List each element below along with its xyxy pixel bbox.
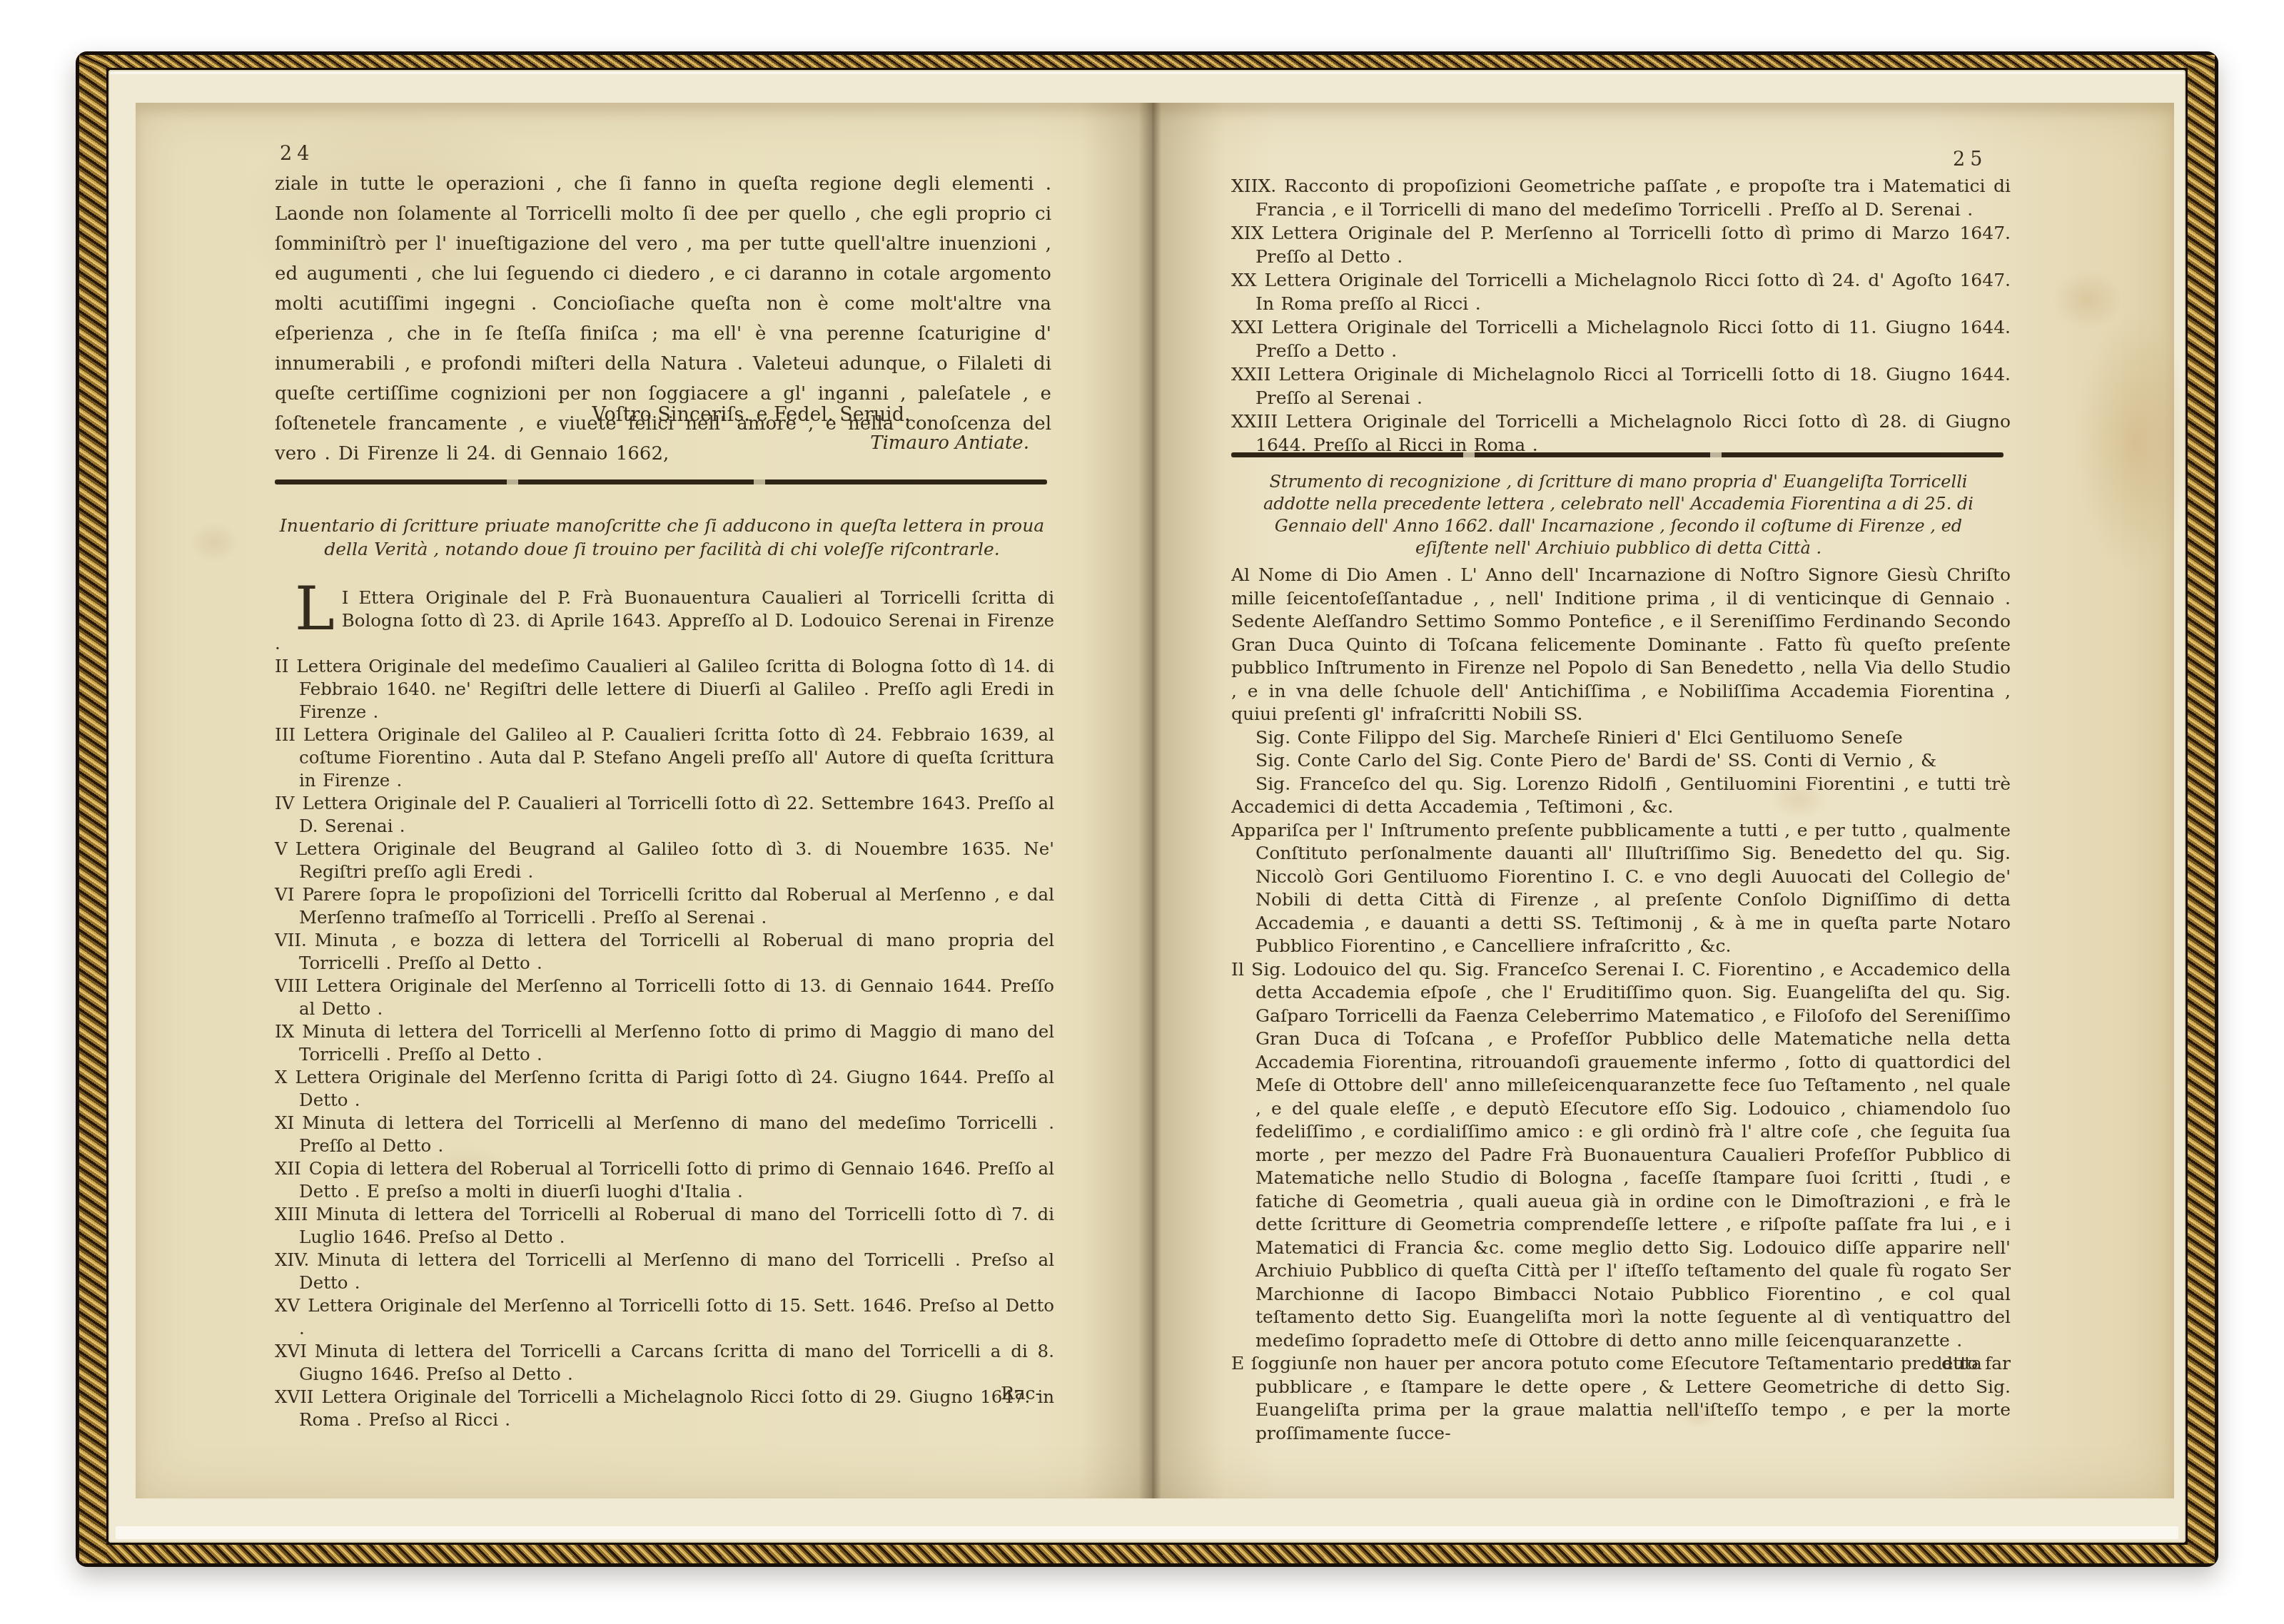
item-numeral: XX xyxy=(1231,270,1265,290)
drop-cap: L xyxy=(295,589,335,631)
item-numeral: XIV. xyxy=(275,1249,317,1270)
item-text: Minuta , e bozza di lettera del Torricel… xyxy=(299,930,1054,973)
item-text: Parere ſopra le propoſizioni del Torrice… xyxy=(299,884,1054,928)
list-item: VIParere ſopra le propoſizioni del Torri… xyxy=(275,883,1054,929)
item-numeral: XIII xyxy=(275,1204,315,1224)
list-item: IIILettera Originale del Galileo al P. C… xyxy=(275,724,1054,792)
item-text: Lettera Originale del Merſenno ſcritta d… xyxy=(295,1067,1054,1110)
list-item: IILettera Originale del medeſimo Caualie… xyxy=(275,655,1054,724)
list-item: VLettera Originale del Beugrand al Galil… xyxy=(275,838,1054,883)
item-numeral: XVI xyxy=(275,1341,315,1361)
list-item: XVIMinuta di lettera del Torricelli a Ca… xyxy=(275,1340,1054,1386)
inventory-heading: Inuentario di ſcritture priuate manoſcri… xyxy=(278,514,1046,561)
list-item: XIIIMinuta di lettera del Torricelli al … xyxy=(275,1203,1054,1249)
item-numeral: VIII xyxy=(275,975,316,996)
item-text: Lettera Originale del Beugrand al Galile… xyxy=(295,838,1054,882)
item-numeral: IX xyxy=(275,1021,302,1042)
witness-line: Sig. Franceſco del qu. Sig. Lorenzo Rido… xyxy=(1231,773,2011,819)
item-numeral: XXIII xyxy=(1231,411,1285,432)
item-numeral: VII. xyxy=(275,930,315,950)
item-text: Minuta di lettera del Torricelli al Robe… xyxy=(299,1204,1054,1247)
item-numeral: VI xyxy=(275,884,302,905)
list-item: XIICopia di lettera del Roberual al Torr… xyxy=(275,1157,1054,1203)
catchword-right: duta xyxy=(1231,1353,2003,1374)
item-text: Lettera Originale del Merſenno al Torric… xyxy=(299,975,1054,1019)
item-text: Lettera Originale del P. Caualieri al To… xyxy=(299,793,1054,836)
list-item: XIV.Minuta di lettera del Torricelli al … xyxy=(275,1249,1054,1294)
gutter-shadow xyxy=(1081,103,1224,1498)
item-numeral: IV xyxy=(275,793,302,813)
list-item: XIIX.Racconto di propoſizioni Geometrich… xyxy=(1231,174,2011,221)
item-text: Copia di lettera del Roberual al Torrice… xyxy=(299,1158,1054,1202)
item-numeral: XXI xyxy=(1231,317,1271,338)
item-text: Lettera Originale del Torricelli a Miche… xyxy=(1255,317,2011,361)
strumento-heading: Strumento di recognizione , di ſcritture… xyxy=(1245,471,1991,559)
list-item: IXMinuta di lettera del Torricelli al Me… xyxy=(275,1020,1054,1066)
item-numeral: XIIX. xyxy=(1231,176,1284,196)
list-item: VIIILettera Originale del Merſenno al To… xyxy=(275,975,1054,1020)
item-text: Lettera Originale del Torricelli a Miche… xyxy=(1255,270,2011,314)
list-item: XXIIILettera Originale del Torricelli a … xyxy=(1231,410,2011,457)
signature: Timauro Antiate. xyxy=(275,432,1049,454)
list-item: XXILettera Originale del Torricelli a Mi… xyxy=(1231,315,2011,362)
catchword-left: Rac- xyxy=(275,1383,1047,1404)
list-item: XXLettera Originale del Torricelli a Mic… xyxy=(1231,268,2011,315)
item-text: Lettera Originale del Torricelli a Miche… xyxy=(1255,411,2011,455)
paragraph-il-sig-lodouico: Il Sig. Lodouico del qu. Sig. Franceſco … xyxy=(1231,958,2011,1353)
book-scan: 24 ziale in tutte le operazioni , che ſi… xyxy=(0,0,2284,1624)
paragraph-al-nome: Al Nome di Dio Amen . L' Anno dell' Inca… xyxy=(1231,564,2011,726)
list-item: ILEttera Originale del P. Frà Buonauentu… xyxy=(275,587,1054,655)
item-text: Lettera Originale del Merſenno al Torric… xyxy=(299,1295,1054,1339)
paragraph-apparisca: Appariſca per l' Inſtrumento preſente pu… xyxy=(1231,819,2011,958)
endpaper-strip xyxy=(116,1526,2178,1539)
item-numeral: XII xyxy=(275,1158,309,1179)
section-rule-left xyxy=(275,479,1047,484)
item-text: Minuta di lettera del Torricelli al Merſ… xyxy=(299,1249,1054,1293)
list-item: XLettera Originale del Merſenno ſcritta … xyxy=(275,1066,1054,1112)
item-text: Lettera Originale del P. Merſenno al Tor… xyxy=(1255,223,2011,267)
list-item: XXIILettera Originale di Michelagnolo Ri… xyxy=(1231,362,2011,410)
item-numeral: XV xyxy=(275,1295,308,1316)
item-numeral: III xyxy=(275,724,303,745)
item-text: Lettera Originale del Galileo al P. Caua… xyxy=(299,724,1054,791)
closing-line: Voſtro Sinceriſs. e Fedel. Seruid. xyxy=(275,404,1049,426)
item-text: Minuta di lettera del Torricelli al Merſ… xyxy=(299,1112,1054,1156)
item-numeral: I xyxy=(342,587,359,608)
section-rule-right xyxy=(1231,452,2003,457)
item-text: Minuta di lettera del Torricelli al Merſ… xyxy=(299,1021,1054,1065)
item-numeral: XXII xyxy=(1231,364,1278,385)
item-numeral: II xyxy=(275,656,296,676)
list-item: XVLettera Originale del Merſenno al Torr… xyxy=(275,1294,1054,1340)
item-numeral: XI xyxy=(275,1112,302,1133)
item-text: Minuta di lettera del Torricelli a Carca… xyxy=(299,1341,1054,1384)
item-numeral: V xyxy=(275,838,295,859)
list-item: XIXLettera Originale del P. Merſenno al … xyxy=(1231,221,2011,268)
inventory-list: ILEttera Originale del P. Frà Buonauentu… xyxy=(275,587,1054,1431)
item-text: Lettera Originale del medeſimo Caualieri… xyxy=(296,656,1054,722)
page-number-left: 24 xyxy=(280,143,314,165)
item-numeral: XIX xyxy=(1231,223,1271,243)
item-numeral: X xyxy=(275,1067,295,1087)
list-item: VII.Minuta , e bozza di lettera del Torr… xyxy=(275,929,1054,975)
item-text: Lettera Originale di Michelagnolo Ricci … xyxy=(1255,364,2011,408)
item-text: Racconto di propoſizioni Geometriche paſ… xyxy=(1255,176,2011,220)
witness-line: Sig. Conte Filippo del Sig. Marcheſe Rin… xyxy=(1231,726,2011,750)
notarial-text: Al Nome di Dio Amen . L' Anno dell' Inca… xyxy=(1231,564,2011,1445)
witness-line: Sig. Conte Carlo del Sig. Conte Piero de… xyxy=(1231,749,2011,773)
list-item: XIMinuta di lettera del Torricelli al Me… xyxy=(275,1112,1054,1157)
continuation-list: XIIX.Racconto di propoſizioni Geometrich… xyxy=(1231,174,2011,457)
page-number-right: 25 xyxy=(1953,148,1987,171)
item-text: Ettera Originale del P. Frà Buonauentura… xyxy=(275,587,1054,654)
list-item: IVLettera Originale del P. Caualieri al … xyxy=(275,792,1054,838)
